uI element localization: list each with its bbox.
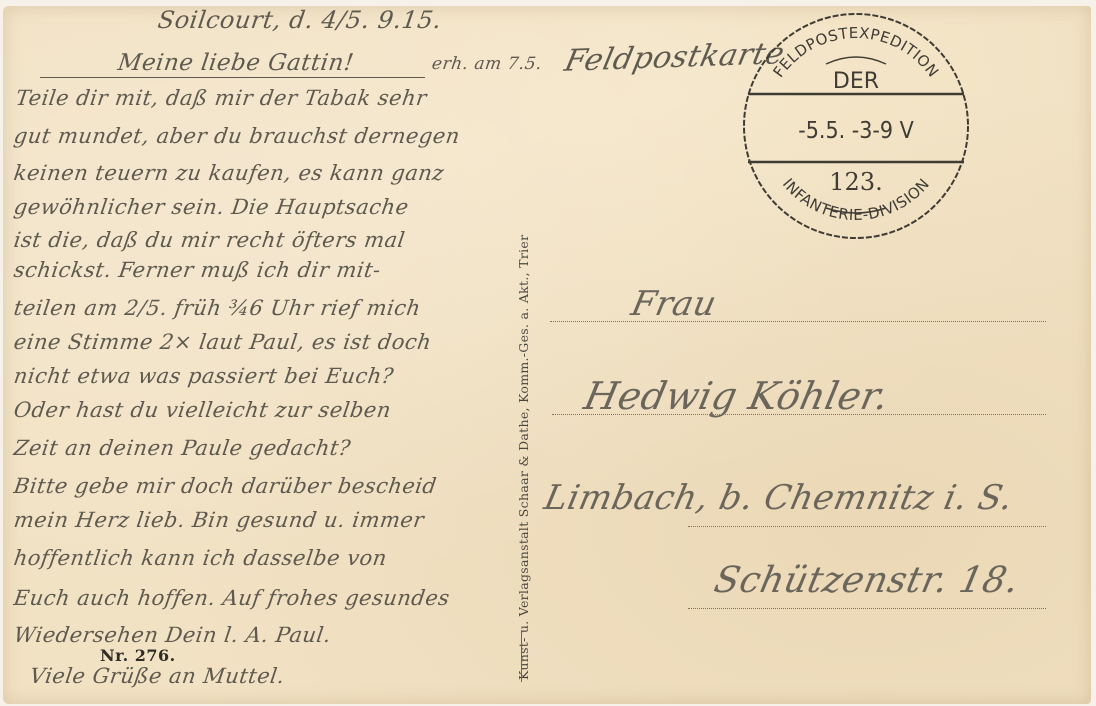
postmark-circle-icon: FELDPOSTEXPEDITION INFANTERIE-DIVISION D… [740,8,972,240]
address-rule-4 [688,608,1046,609]
message-line: Viele Grüße an Muttel. [28,664,286,688]
message-salutation: Meine liebe Gattin! [116,50,355,76]
postmark-stamp: FELDPOSTEXPEDITION INFANTERIE-DIVISION D… [740,8,972,240]
card-number: Nr. 276. [100,646,176,665]
message-line: Zeit an deinen Paule gedacht? [12,436,352,460]
address-rule-3 [688,526,1046,527]
postmark-date: -5.5. -3-9 V [798,118,913,144]
address-line-2: Hedwig Köhler. [580,374,893,418]
address-line-3: Limbach, b. Chemnitz i. S. [541,478,1017,518]
message-line: gewöhnlicher sein. Die Hauptsache [12,195,410,219]
message-line: Wiedersehen Dein l. A. Paul. [12,623,332,647]
message-line: nicht etwa was passiert bei Euch? [12,364,395,388]
message-line: Bitte gebe mir doch darüber bescheid [12,474,438,498]
message-line: schickst. Ferner muß ich dir mit- [12,258,382,282]
message-line: hoffentlich kann ich dasselbe von [12,546,388,570]
address-line-1: Frau [628,284,721,324]
imprint-divider [521,630,522,682]
address-rule-1 [550,321,1046,322]
message-line: eine Stimme 2× laut Paul, es ist doch [12,330,433,354]
message-line: gut mundet, aber du brauchst dernegen [12,124,461,148]
publisher-imprint: Kunst- u. Verlagsanstalt Schaar & Dathe,… [516,235,531,680]
message-line: mein Herz lieb. Bin gesund u. immer [12,508,425,532]
message-line: keinen teuern zu kaufen, es kann ganz [12,161,445,185]
address-line-4: Schützenstr. 18. [711,560,1023,601]
postmark-unit-number: 123. [829,168,882,196]
postmark-middle-text: DER [833,69,879,94]
message-line: Oder hast du vielleicht zur selben [12,398,392,422]
message-line: teilen am 2/5. früh ¾6 Uhr rief mich [12,296,422,320]
message-heading: Soilcourt, d. 4/5. 9.15. [156,6,443,34]
received-note: erh. am 7.5. [431,54,544,74]
message-line: ist die, daß du mir recht öfters mal [12,228,406,252]
message-line: Teile dir mit, daß mir der Tabak sehr [14,86,428,110]
message-line: Euch auch hoffen. Auf frohes gesundes [12,586,451,610]
address-rule-2 [552,414,1046,415]
salutation-underline [40,77,425,78]
